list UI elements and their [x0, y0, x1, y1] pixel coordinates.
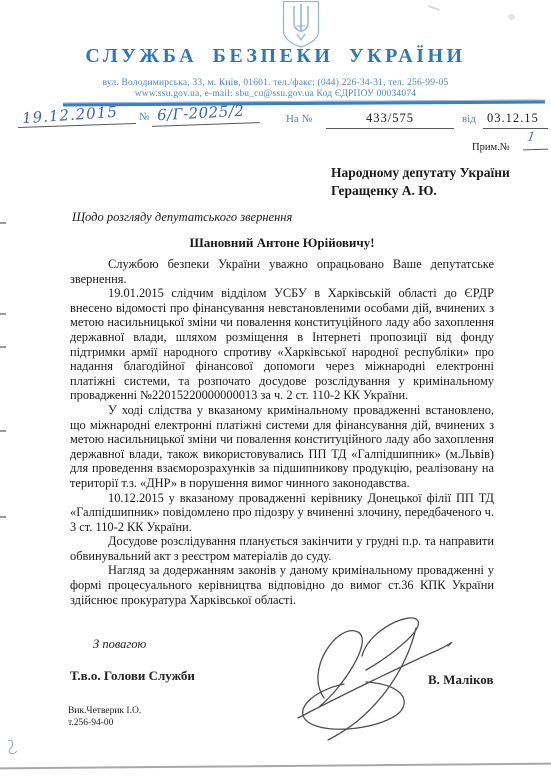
copy-number-label: Прим.№: [472, 142, 510, 153]
scan-edge-mark: [0, 430, 6, 432]
handwritten-margin-mark: [4, 738, 20, 760]
valediction: З повагою: [93, 637, 146, 652]
incoming-number: 433/575: [330, 111, 450, 126]
handwritten-copy-number: 1: [526, 129, 536, 145]
copy-number-underline: [523, 149, 548, 151]
incoming-date-label: від: [462, 113, 476, 125]
scan-page-edge-line: [0, 763, 551, 770]
executor-name: Вик.Четверик І.О.: [68, 706, 141, 718]
letterhead-address-line1: вул. Володимирська, 33, м. Київ, 01601. …: [0, 78, 551, 88]
incoming-number-underline: [326, 128, 454, 129]
handwritten-outgoing-number: 6/Г-2025/2: [157, 102, 245, 125]
scan-edge-mark: [0, 516, 6, 518]
incoming-date: 03.12.15: [487, 111, 539, 126]
letterhead-address-line2: www.ssu.gov.ua, e-mail: sbu_cu@ssu.gov.u…: [0, 89, 551, 99]
scan-edge-mark: [0, 222, 6, 224]
letter-body: Службою безпеки України уважно опрацьова…: [70, 257, 494, 607]
scan-speck: [428, 5, 440, 11]
scan-speck: [508, 14, 515, 20]
ukraine-trident-emblem-icon: [282, 1, 320, 48]
executor-block: Вик.Четверик І.О. т.256-94-00: [68, 706, 141, 729]
scan-edge-mark: [0, 313, 6, 315]
scan-edge-mark: [0, 346, 6, 348]
executor-phone: т.256-94-00: [68, 718, 141, 730]
body-paragraph: Службою безпеки України уважно опрацьова…: [70, 257, 494, 286]
body-paragraph: 19.01.2015 слідчим відділом УСБУ в Харкі…: [70, 286, 494, 403]
signer-title: Т.в.о. Голови Служби: [70, 668, 195, 684]
body-paragraph: Досудове розслідування планується закінч…: [70, 534, 494, 563]
number-sign-label: №: [139, 111, 150, 123]
recipient-line1: Народному депутату України: [331, 164, 510, 182]
salutation: Шановний Антоне Юрійовичу!: [70, 235, 494, 251]
body-paragraph: У ході слідства у вказаному кримінальном…: [70, 403, 494, 491]
recipient-block: Народному депутату України Геращенку А. …: [331, 164, 510, 199]
incoming-ref-label: На №: [286, 113, 312, 125]
body-paragraph: 10.12.2015 у вказаному провадженні керів…: [70, 491, 494, 535]
letterhead-divider-line: [63, 100, 545, 107]
subject-line: Щодо розгляду депутатського звернення: [72, 210, 292, 225]
scanned-letter-page: СЛУЖБА БЕЗПЕКИ УКРАЇНИ вул. Володимирськ…: [0, 0, 551, 779]
organization-name: СЛУЖБА БЕЗПЕКИ УКРАЇНИ: [0, 45, 551, 68]
incoming-date-underline: [483, 128, 548, 129]
handwritten-signature-icon: [266, 590, 466, 748]
recipient-line2: Геращенку А. Ю.: [331, 182, 510, 200]
